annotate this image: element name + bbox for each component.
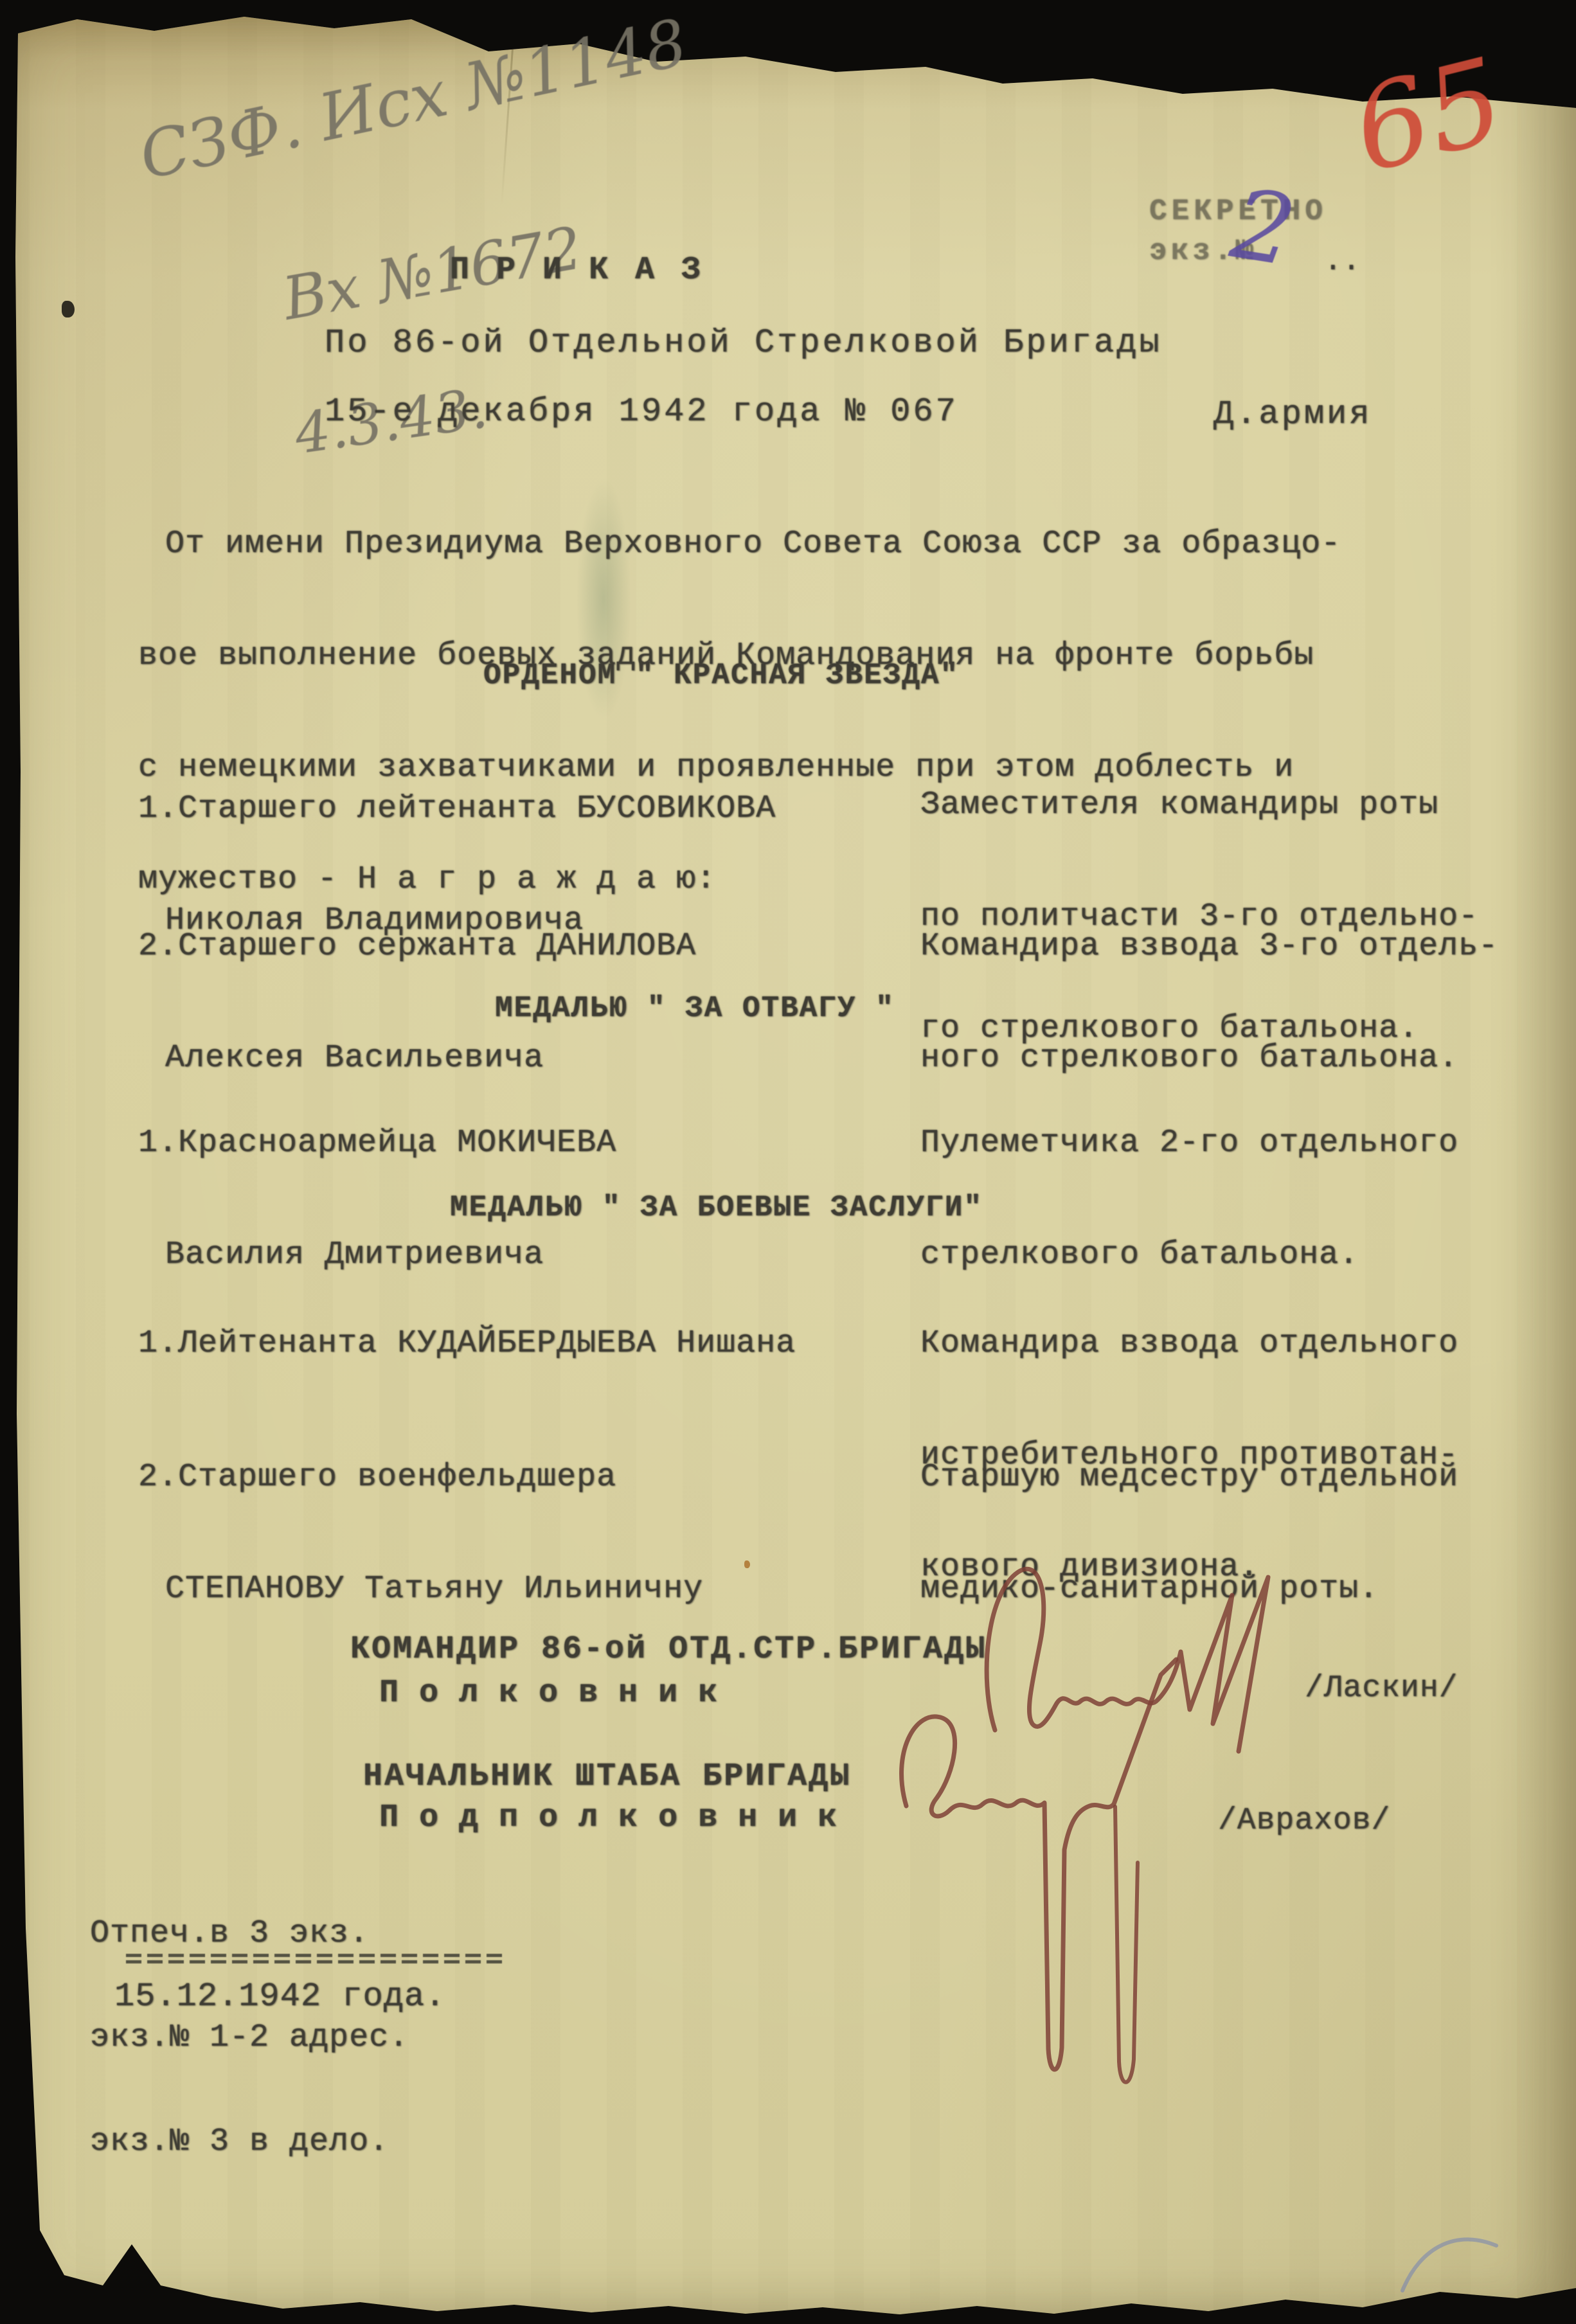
section-heading-za-otvagu: МЕДАЛЬЮ " ЗА ОТВАГУ " <box>495 990 895 1027</box>
signature2-position: НАЧАЛЬНИК ШТАБА БРИГАДЫ <box>363 1758 851 1796</box>
award-entry-name: 1.Лейтенанта КУДАЙБЕРДЫЕВА Нишана <box>138 1251 796 1400</box>
signature1-surname: /Ласкин/ <box>1305 1670 1458 1707</box>
award-entry-role-line: Старшую медсестру отдельной <box>920 1459 1458 1496</box>
award-entry-role-line: Командира взвода отдельного <box>920 1325 1458 1363</box>
section-heading-za-boevye-zaslugi: МЕДАЛЬЮ " ЗА БОЕВЫЕ ЗАСЛУГИ" <box>450 1189 983 1226</box>
footer-date: 15.12.1942 года. <box>114 1978 445 2016</box>
award-entry-name: 2.Старшего военфельдшера СТЕПАНОВУ Татья… <box>138 1384 703 1645</box>
award-entry-role-line: Командира взвода 3-го отдель- <box>920 928 1498 965</box>
avrakhov-signature-autograph <box>882 1657 1255 2120</box>
copies-note-line: Отпеч.в 3 экз. <box>90 1917 409 1951</box>
order-date-number: 15-е декабря 1942 года № 067 <box>325 393 958 431</box>
award-entry-name-line: 2.Старшего сержанта ДАНИЛОВА <box>138 928 696 965</box>
blue-pen-mark <box>1395 2224 1510 2307</box>
award-entry-name-line: СТЕПАНОВУ Татьяну Ильиничну <box>165 1571 703 1608</box>
ink-speck <box>62 301 75 317</box>
copies-note: Отпеч.в 3 экз. экз.№ 1-2 адрес. экз.№ 3 … <box>90 1847 409 2194</box>
award-entry-name-line: 1.Лейтенанта КУДАЙБЕРДЫЕВА Нишана <box>138 1325 796 1363</box>
typed-dashed-divider <box>126 1954 506 1964</box>
signature2-rank: П о д п о л к о в н и к <box>379 1800 837 1837</box>
copies-note-line: экз.№ 1-2 адрес. <box>90 2021 409 2055</box>
section-heading-red-star: ОРДЕНОМ " КРАСНАЯ ЗВЕЗДА" <box>483 657 959 694</box>
secrecy-stamp-dots: .. <box>1324 243 1361 280</box>
preamble-line: От имени Президиума Верховного Совета Со… <box>165 526 1341 563</box>
paper-speck <box>744 1560 750 1568</box>
scanned-order-page: { "document": { "archival_page_number": … <box>0 0 1576 2324</box>
army-note: Д.армия <box>1213 396 1372 433</box>
order-title: П Р И К А З <box>450 252 704 289</box>
award-entry-name-line: 1.Старшего лейтенанта БУСОВИКОВА <box>138 791 776 828</box>
signature1-rank: П о л к о в н и к <box>379 1675 718 1712</box>
copies-note-line: экз.№ 3 в дело. <box>90 2125 409 2159</box>
order-subtitle: По 86-ой Отдельной Стрелковой Бригады <box>325 325 1162 362</box>
award-entry-role-line: Заместителя командиры роты <box>920 787 1478 824</box>
award-entry-name-line: 1.Красноармейца МОКИЧЕВА <box>138 1125 616 1162</box>
award-entry-name-line: 2.Старшего военфельдшера <box>138 1459 703 1496</box>
award-entry-role-line: Пулеметчика 2-го отдельного <box>920 1125 1458 1162</box>
